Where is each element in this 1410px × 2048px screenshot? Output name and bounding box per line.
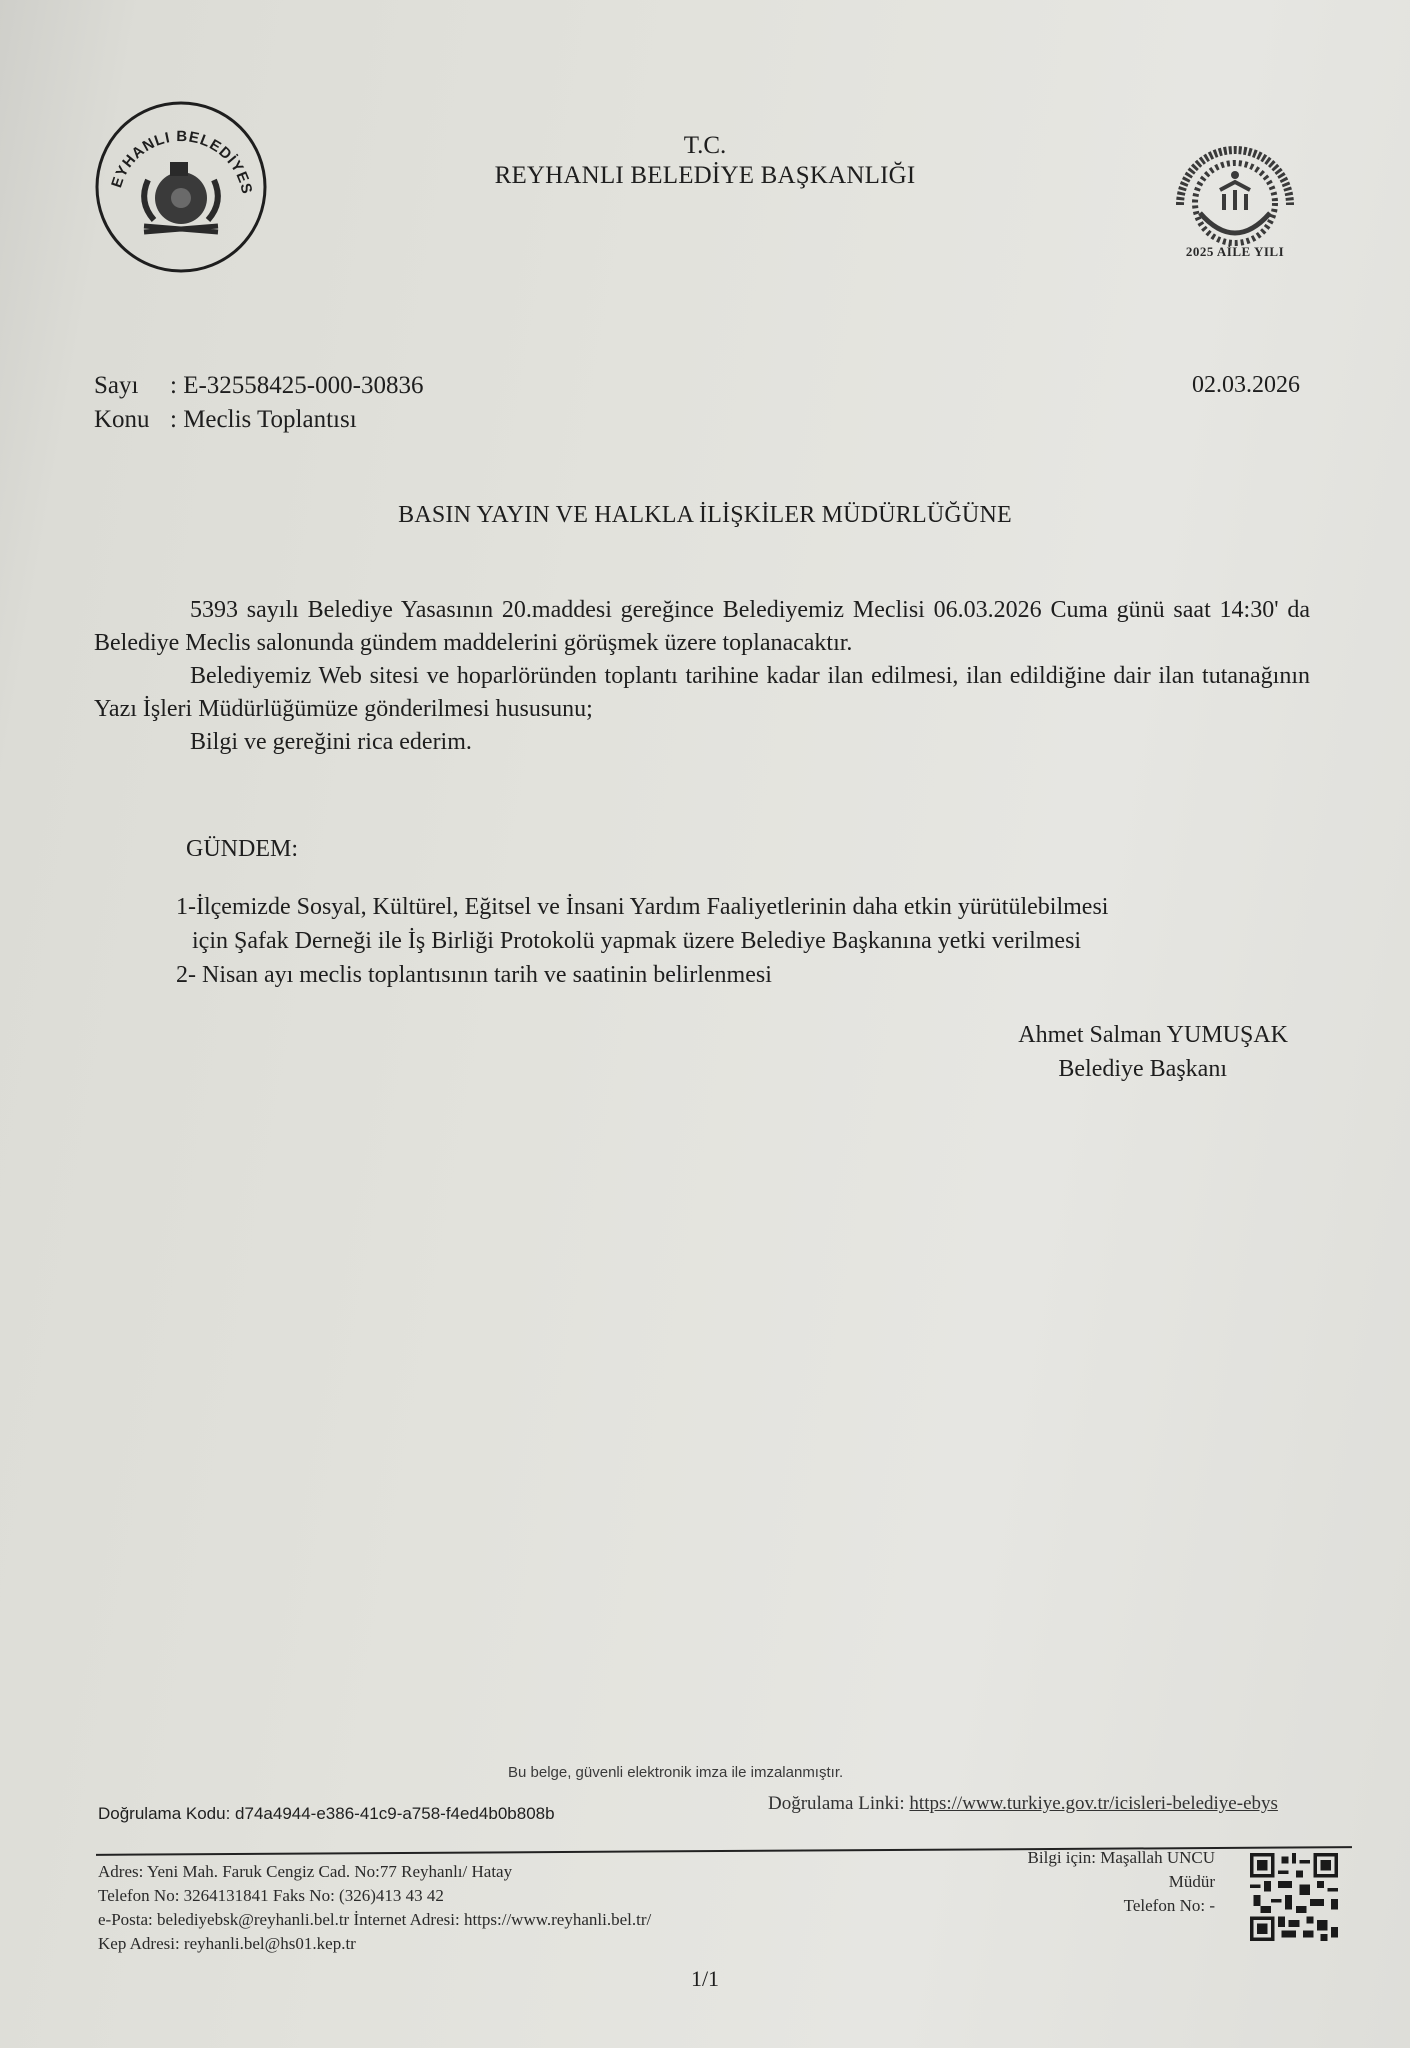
info-contact: Bilgi için: Maşallah UNCU: [990, 1846, 1215, 1870]
agenda-item-1-line-2: için Şafak Derneği ile İş Birliği Protok…: [176, 924, 1108, 958]
body-paragraph-2: Belediyemiz Web sitesi ve hoparlöründen …: [94, 660, 1310, 726]
footer-address: Adres: Yeni Mah. Faruk Cengiz Cad. No:77…: [98, 1860, 651, 1884]
header-tc: T.C.: [0, 132, 1410, 160]
verification-link-label: Doğrulama Linki:: [768, 1793, 905, 1814]
footer-email-web: e-Posta: belediyebsk@reyhanli.bel.tr İnt…: [98, 1908, 651, 1932]
agenda-item-2-line-1: 2- Nisan ayı meclis toplantısının tarih …: [176, 958, 1108, 992]
footer-contact: Adres: Yeni Mah. Faruk Cengiz Cad. No:77…: [98, 1860, 651, 1956]
page-number: 1/1: [0, 1966, 1410, 1992]
signatory-title: Belediye Başkanı: [1058, 1056, 1227, 1083]
recipient: BASIN YAYIN VE HALKLA İLİŞKİLER MÜDÜRLÜĞ…: [0, 502, 1410, 529]
document-date: 02.03.2026: [1192, 372, 1300, 399]
signatory-name: Ahmet Salman YUMUŞAK: [1018, 1022, 1288, 1049]
konu-row: Konu: Meclis Toplantısı: [94, 406, 357, 434]
letter-body: 5393 sayılı Belediye Yasasının 20.maddes…: [94, 594, 1310, 759]
qr-code-icon: [1250, 1850, 1338, 1944]
verification-link: Doğrulama Linki: https://www.turkiye.gov…: [768, 1793, 1278, 1815]
verification-code: Doğrulama Kodu: d74a4944-e386-41c9-a758-…: [98, 1804, 555, 1824]
agenda-item: 2- Nisan ayı meclis toplantısının tarih …: [176, 958, 1108, 992]
agenda-list: 1-İlçemizde Sosyal, Kültürel, Eğitsel ve…: [176, 890, 1108, 992]
footer-phone-fax: Telefon No: 3264131841 Faks No: (326)413…: [98, 1884, 651, 1908]
sayi-label: Sayı: [94, 372, 170, 400]
verification-link-url[interactable]: https://www.turkiye.gov.tr/icisleri-bele…: [909, 1793, 1277, 1814]
footer-info: Bilgi için: Maşallah UNCU Müdür Telefon …: [990, 1846, 1215, 1918]
body-paragraph-1: 5393 sayılı Belediye Yasasının 20.maddes…: [94, 594, 1310, 660]
sayi-value: : E-32558425-000-30836: [170, 372, 423, 399]
info-phone: Telefon No: -: [990, 1894, 1215, 1918]
esign-notice: Bu belge, güvenli elektronik imza ile im…: [508, 1764, 843, 1781]
header-organization: REYHANLI BELEDİYE BAŞKANLIĞI: [0, 162, 1410, 190]
official-letter-page: REYHANLI BELEDİYESİ 2025 AİLE YILI T.C. …: [0, 0, 1410, 2048]
sayi-row: Sayı: E-32558425-000-30836: [94, 372, 423, 400]
verification-code-value: d74a4944-e386-41c9-a758-f4ed4b0b808b: [235, 1804, 555, 1823]
body-closing: Bilgi ve gereğini rica ederim.: [94, 726, 1310, 759]
family-year-caption: 2025 AİLE YILI: [1170, 244, 1300, 260]
verification-code-label: Doğrulama Kodu:: [98, 1804, 230, 1823]
footer-kep: Kep Adresi: reyhanli.bel@hs01.kep.tr: [98, 1932, 651, 1956]
konu-value: : Meclis Toplantısı: [170, 406, 357, 433]
konu-label: Konu: [94, 406, 170, 434]
agenda-item: 1-İlçemizde Sosyal, Kültürel, Eğitsel ve…: [176, 890, 1108, 958]
agenda-title: GÜNDEM:: [186, 836, 298, 863]
info-role: Müdür: [990, 1870, 1215, 1894]
agenda-item-1-line-1: 1-İlçemizde Sosyal, Kültürel, Eğitsel ve…: [176, 890, 1108, 924]
